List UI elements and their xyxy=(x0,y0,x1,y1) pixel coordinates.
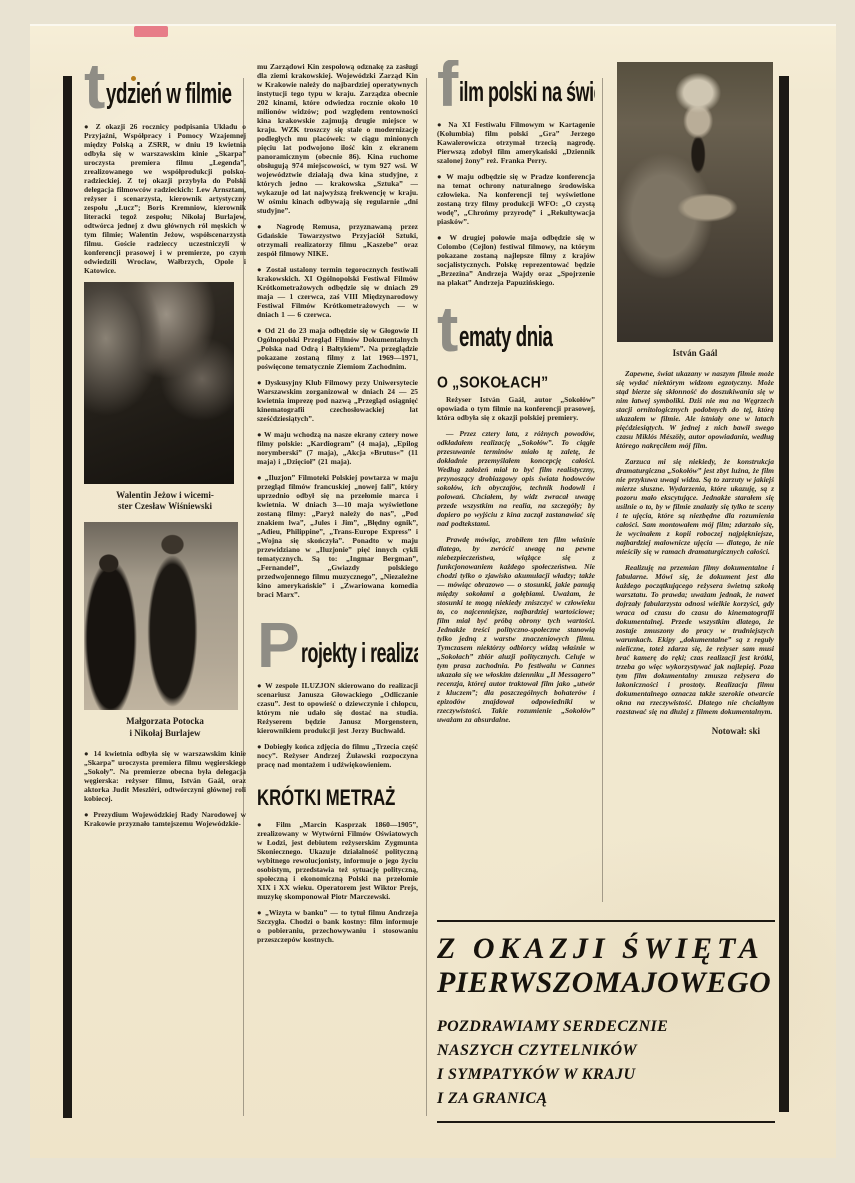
greeting-line: NASZYCH CZYTELNIKÓW xyxy=(437,1039,775,1063)
news-paragraph: ● „Wizyta w banku” — to tytuł filmu Andr… xyxy=(257,908,418,944)
caption-line: István Gaál xyxy=(616,348,774,359)
section-title-film-polski-na-swiecie: film polski na świecie xyxy=(437,60,595,110)
scanned-magazine-page: { "page": { "colors": { "outer_bg": "#e9… xyxy=(0,0,855,1183)
registration-mark xyxy=(134,26,168,37)
right-rule-bar xyxy=(779,76,789,1112)
article-intro: Reżyser István Gaál, autor „Sokołów” opo… xyxy=(437,395,595,422)
interview-quote: Realizuję na przemian filmy dokumentalne… xyxy=(616,563,774,716)
section-title-text: ilm polski na świecie xyxy=(459,78,595,109)
news-paragraph: ● W drugiej połowie maja odbędzie się w … xyxy=(437,233,595,287)
section-title-tematy-dnia: tematy dnia xyxy=(437,305,595,355)
giant-initial-f: f xyxy=(437,60,458,110)
giant-initial-t: t xyxy=(437,305,458,355)
column-4: István Gaál Zapewne, świat ukazany w nas… xyxy=(616,60,774,906)
greeting-line: POZDRAWIAMY SERDECZNIE xyxy=(437,1015,775,1039)
column-1: tydzień w filmie ● Z okazji 26 rocznicy … xyxy=(84,62,246,1120)
caption-line: ster Czesław Wiśniewski xyxy=(84,501,246,512)
news-paragraph: ● 14 kwietnia odbyła się w warszawskim k… xyxy=(84,749,246,803)
announcement-headline-line1: Z OKAZJI ŚWIĘTA xyxy=(437,932,775,965)
section-title-projekty-i-realizacje: Projekty i realizacje xyxy=(257,621,418,671)
announcement-bottom-rule xyxy=(437,1121,775,1123)
article-subhead-o-sokolach: O „SOKOŁACH” xyxy=(437,373,548,391)
interview-quote: — Przez cztery lata, z różnych powodów, … xyxy=(437,429,595,528)
column-divider-3 xyxy=(602,78,603,902)
photo-potocka-burlajew xyxy=(84,522,238,710)
news-paragraph: ● „Iluzjon” Filmoteki Polskiej powtarza … xyxy=(257,473,418,599)
section-title-tydzien-w-filmie: tydzień w filmie xyxy=(84,62,246,112)
caption-line: i Nikołaj Burlajew xyxy=(84,728,246,739)
section-title-text: ematy dnia xyxy=(459,320,552,354)
column-2: mu Zarządowi Kin zespołową odznakę za za… xyxy=(257,62,418,1120)
news-paragraph: ● Od 21 do 23 maja odbędzie się w Głogow… xyxy=(257,326,418,371)
may-day-announcement: Z OKAZJI ŚWIĘTA PIERWSZOMAJOWEGO POZDRAW… xyxy=(437,920,775,1123)
photo-istvan-gaal xyxy=(617,62,773,342)
column-divider-2 xyxy=(426,78,427,1116)
news-paragraph: ● Nagrodę Remusa, przyznawaną przez Gdań… xyxy=(257,222,418,258)
giant-initial-t: t xyxy=(84,62,105,112)
section-title-text: ydzień w filmie xyxy=(106,77,232,111)
news-paragraph: ● W maju odbędzie się w Pradze konferenc… xyxy=(437,172,595,226)
article-signature: Notował: ski xyxy=(616,726,774,736)
photo-caption: Małgorzata Potocka i Nikołaj Burlajew xyxy=(84,716,246,739)
photo-jezow-wisniewski xyxy=(84,282,234,484)
interview-quote: Prawdę mówiąc, zrobiłem ten film właśnie… xyxy=(437,535,595,724)
news-paragraph: ● Z okazji 26 rocznicy podpisania Układu… xyxy=(84,122,246,275)
interview-quote: Zarzuca mi się niekiedy, że konstrukcja … xyxy=(616,457,774,556)
news-paragraph: ● Prezydium Wojewódzkiej Rady Narodowej … xyxy=(84,810,246,828)
news-paragraph: ● W maju wchodzą na nasze ekrany cztery … xyxy=(257,430,418,466)
news-paragraph: ● Dobiegły końca zdjęcia do filmu „Trzec… xyxy=(257,742,418,769)
section-title-krotki-metraz: KRÓTKI METRAŻ xyxy=(257,787,395,812)
photo-caption: István Gaál xyxy=(616,348,774,359)
caption-line: Walentin Jeżow i wicemi- xyxy=(84,490,246,501)
announcement-headline-line2: PIERWSZOMAJOWEGO xyxy=(437,965,775,1001)
news-paragraph: ● Dyskusyjny Klub Filmowy przy Uniwersyt… xyxy=(257,378,418,423)
column-3: film polski na świecie ● Na XI Festiwalu… xyxy=(437,60,595,916)
left-rule-bar xyxy=(63,76,72,1118)
news-paragraph: ● Został ustalony termin tegorocznych fe… xyxy=(257,265,418,319)
news-paragraph: mu Zarządowi Kin zespołową odznakę za za… xyxy=(257,62,418,215)
greeting-line: I ZA GRANICĄ xyxy=(437,1087,775,1111)
news-paragraph: ● W zespole ILUZJON skierowano do realiz… xyxy=(257,681,418,735)
announcement-top-rule xyxy=(437,920,775,922)
greeting-line: I SYMPATYKÓW W KRAJU xyxy=(437,1063,775,1087)
giant-initial-p: P xyxy=(257,621,300,671)
interview-quote: Zapewne, świat ukazany w naszym filmie m… xyxy=(616,369,774,450)
caption-line: Małgorzata Potocka xyxy=(84,716,246,727)
news-paragraph: ● Na XI Festiwalu Filmowym w Kartagenie … xyxy=(437,120,595,165)
announcement-greeting: POZDRAWIAMY SERDECZNIE NASZYCH CZYTELNIK… xyxy=(437,1015,775,1111)
section-title-text: rojekty i realizacje xyxy=(301,639,418,670)
photo-caption: Walentin Jeżow i wicemi- ster Czesław Wi… xyxy=(84,490,246,513)
news-paragraph: ● Film „Marcin Kasprzak 1860—1905”, zrea… xyxy=(257,820,418,901)
